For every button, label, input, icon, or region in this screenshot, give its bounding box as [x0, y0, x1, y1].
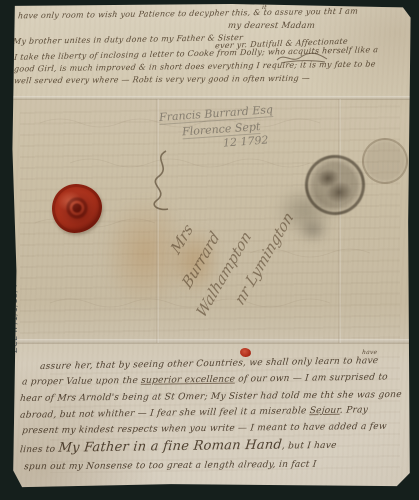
letter-line: My brother unites in duty done to my Fat… — [13, 33, 244, 46]
interlinear-insertion: have — [362, 349, 378, 356]
letter-line-part: a proper Value upon the — [22, 376, 142, 388]
letter-line: have only room to wish you Patience to d… — [18, 7, 359, 21]
letter-line: good Girl, is much improved & in short d… — [14, 59, 377, 73]
fold-crease — [10, 339, 413, 344]
letter-line-part: . Pray — [339, 405, 368, 415]
postmark-stamp-faint — [362, 138, 408, 184]
ink-flourish — [146, 149, 178, 213]
letter-line: well served every where — Robt is very v… — [14, 74, 311, 86]
underlined-phrase: superior excellence — [141, 375, 236, 386]
letter-line: my dearest Madam — [227, 21, 315, 31]
letter-photograph: have only room to wish you Patience to d… — [0, 0, 419, 500]
fold-crease — [10, 96, 413, 100]
roman-hand-phrase: My Father in a fine Roman Hand — [58, 438, 283, 456]
underlined-phrase: Sejour — [309, 406, 340, 416]
letter-line-part: of our own — I am surprised to — [235, 372, 389, 384]
wax-seal-impression — [61, 192, 93, 224]
letter-line-part: , but I have — [281, 441, 337, 452]
interlinear-insertion: it — [262, 4, 268, 11]
letter-paper: have only room to wish you Patience to d… — [10, 3, 413, 490]
letter-line-part: lines to — [19, 445, 58, 456]
archive-reference: ZCE IF/1/1/13/4 — [10, 291, 19, 353]
